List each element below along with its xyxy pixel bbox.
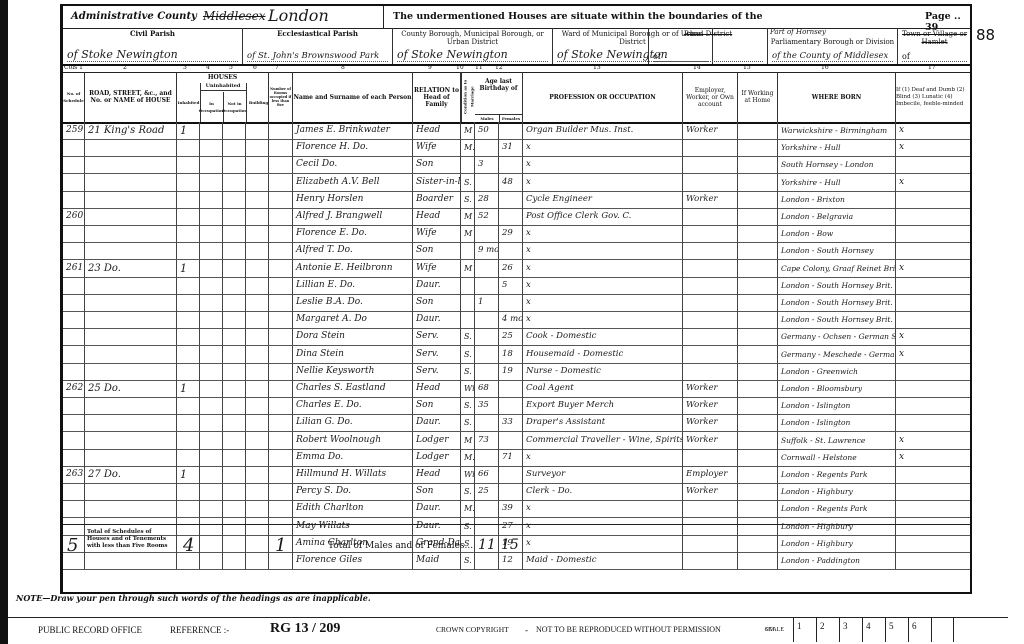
cell-born: London - Highbury bbox=[778, 483, 896, 500]
empty-cell bbox=[738, 277, 778, 294]
cell-road bbox=[85, 156, 177, 173]
table-row: Lillian E. Do.Daur.5xLondon - South Horn… bbox=[63, 277, 970, 295]
cell-born: Warwickshire - Birmingham bbox=[778, 122, 896, 139]
town-value: of bbox=[902, 52, 967, 62]
empty-cell bbox=[738, 397, 778, 414]
cell-name: Florence E. Do. bbox=[293, 225, 413, 242]
cell-road bbox=[85, 432, 177, 449]
cell-born: South Hornsey - London bbox=[778, 156, 896, 173]
cell-occupation: Nurse - Domestic bbox=[523, 363, 683, 380]
table-row: 26327 Do.1Hillmund H. WillatsHeadWido.66… bbox=[63, 466, 970, 484]
boundaries-text: The undermentioned Houses are situate wi… bbox=[393, 11, 763, 22]
cell-male-age bbox=[475, 500, 499, 517]
cell-inhabited bbox=[177, 191, 200, 208]
col-not-in-occupation: Not in Occupation bbox=[223, 92, 247, 122]
col-employer: Employer, Worker, or Own account bbox=[683, 72, 738, 122]
cell-schedule: 263 bbox=[63, 466, 85, 483]
cell-infirmity: x bbox=[896, 122, 971, 139]
cell-occupation: x bbox=[523, 294, 683, 311]
males-total: 11 bbox=[478, 537, 496, 553]
header-top-row: Administrative County Middlesex London T… bbox=[63, 6, 970, 29]
empty-cell bbox=[200, 432, 223, 449]
empty-cell bbox=[738, 260, 778, 277]
empty-cell bbox=[200, 466, 223, 483]
cell-occupation: x bbox=[523, 277, 683, 294]
empty-cell bbox=[223, 380, 246, 397]
cell-infirmity: x bbox=[896, 449, 971, 466]
females-total: 15 bbox=[501, 537, 519, 553]
cell-female-age bbox=[499, 156, 523, 173]
col-in-occupation: In Occupation bbox=[200, 92, 224, 122]
cell-road bbox=[85, 242, 177, 259]
cell-male-age: 35 bbox=[475, 397, 499, 414]
cell-schedule bbox=[63, 397, 85, 414]
totals-row: 5 Total of Schedules of Houses and of Te… bbox=[63, 524, 970, 575]
cell-born: London - Regents Park bbox=[778, 500, 896, 517]
cell-employer: Worker bbox=[683, 122, 738, 139]
table-row: 26123 Do.1Antonie E. HeilbronnWifeM26xCa… bbox=[63, 260, 970, 278]
cell-road: 21 King's Road bbox=[85, 122, 177, 139]
cell-condition: Wido. bbox=[461, 380, 475, 397]
cell-born: London - Islington bbox=[778, 414, 896, 431]
cell-name: Dina Stein bbox=[293, 346, 413, 363]
empty-cell bbox=[246, 208, 269, 225]
cm-scale: 1 2 3 4 5 6 bbox=[793, 618, 954, 642]
cell-male-age bbox=[475, 311, 499, 328]
cell-condition: M bbox=[461, 260, 475, 277]
rural-district-cell: Rural District of bbox=[648, 28, 768, 64]
cell-inhabited bbox=[177, 242, 200, 259]
cell-infirmity bbox=[896, 191, 971, 208]
cell-inhabited bbox=[177, 174, 200, 191]
cell-employer bbox=[683, 294, 738, 311]
cell-inhabited bbox=[177, 363, 200, 380]
empty-cell bbox=[738, 122, 778, 139]
cell-occupation: Export Buyer Merch bbox=[523, 397, 683, 414]
cell-schedule bbox=[63, 346, 85, 363]
col-condition: Condition as to Marriage bbox=[461, 72, 475, 122]
empty-cell bbox=[246, 346, 269, 363]
empty-cell bbox=[246, 156, 269, 173]
empty-cell bbox=[738, 156, 778, 173]
col-where-born: WHERE BORN bbox=[778, 72, 896, 122]
parliamentary-cell: Part of Hornsey Parliamentary Borough or… bbox=[768, 28, 898, 64]
archive-footer: PUBLIC RECORD OFFICE REFERENCE :- RG 13 … bbox=[8, 617, 1008, 642]
empty-cell bbox=[246, 380, 269, 397]
cell-relation: Daur. bbox=[413, 311, 461, 328]
cell-road bbox=[85, 483, 177, 500]
empty-cell bbox=[200, 260, 223, 277]
cell-female-age bbox=[499, 397, 523, 414]
cell-road bbox=[85, 414, 177, 431]
cell-infirmity bbox=[896, 225, 971, 242]
cell-inhabited: 1 bbox=[177, 466, 200, 483]
empty-cell bbox=[223, 294, 246, 311]
cell-employer bbox=[683, 346, 738, 363]
cell-male-age bbox=[475, 139, 499, 156]
empty-cell bbox=[200, 311, 223, 328]
parliamentary-note: Part of Hornsey bbox=[770, 28, 826, 36]
schedules-total-label: Total of Schedules of Houses and of Tene… bbox=[87, 529, 175, 550]
cell-female-age: 26 bbox=[499, 260, 523, 277]
empty-cell bbox=[738, 225, 778, 242]
table-row: Leslie B.A. Do.Son1xLondon - South Horns… bbox=[63, 294, 970, 312]
cell-condition bbox=[461, 277, 475, 294]
cell-name: Charles S. Eastland bbox=[293, 380, 413, 397]
cell-male-age: 9 mo bbox=[475, 242, 499, 259]
cell-employer: Employer bbox=[683, 466, 738, 483]
cell-relation: Lodger bbox=[413, 432, 461, 449]
cell-born: Yorkshire - Hull bbox=[778, 174, 896, 191]
admin-county-box: Administrative County Middlesex London bbox=[63, 6, 384, 28]
cell-born: London - South Hornsey Brit. Sub. bbox=[778, 311, 896, 328]
col-schedule: No. of Schedule bbox=[63, 72, 85, 122]
empty-cell bbox=[246, 483, 269, 500]
cell-born: London - Greenwich bbox=[778, 363, 896, 380]
cell-male-age: 1 bbox=[475, 294, 499, 311]
cell-born: London - Bloomsbury bbox=[778, 380, 896, 397]
cell-employer: Worker bbox=[683, 397, 738, 414]
cell-relation: Head bbox=[413, 208, 461, 225]
empty-cell bbox=[200, 363, 223, 380]
cell-male-age: 66 bbox=[475, 466, 499, 483]
empty-cell bbox=[246, 294, 269, 311]
empty-cell bbox=[738, 449, 778, 466]
empty-cell bbox=[200, 242, 223, 259]
cell-schedule bbox=[63, 156, 85, 173]
cell-born: Yorkshire - Hull bbox=[778, 139, 896, 156]
cell-schedule bbox=[63, 311, 85, 328]
table-row: Robert WoolnoughLodgerM73Commercial Trav… bbox=[63, 432, 970, 450]
cell-inhabited: 1 bbox=[177, 380, 200, 397]
cell-employer bbox=[683, 311, 738, 328]
cell-schedule bbox=[63, 242, 85, 259]
cell-male-age bbox=[475, 414, 499, 431]
footer-reference-value: RG 13 / 209 bbox=[270, 621, 340, 637]
cell-schedule bbox=[63, 225, 85, 242]
cell-road: 27 Do. bbox=[85, 466, 177, 483]
cell-female-age: 18 bbox=[499, 346, 523, 363]
col-rooms: Number of Rooms occupied if less than fi… bbox=[269, 72, 293, 122]
empty-cell bbox=[200, 139, 223, 156]
empty-cell bbox=[223, 432, 246, 449]
admin-county-label: Administrative County bbox=[71, 11, 197, 22]
empty-cell bbox=[200, 277, 223, 294]
cell-employer bbox=[683, 363, 738, 380]
empty-cell bbox=[223, 414, 246, 431]
cell-infirmity bbox=[896, 294, 971, 311]
cell-born: Suffolk - St. Lawrence bbox=[778, 432, 896, 449]
empty-cell bbox=[223, 208, 246, 225]
cell-relation: Wife bbox=[413, 225, 461, 242]
cell-occupation: x bbox=[523, 260, 683, 277]
col-occupation: PROFESSION OR OCCUPATION bbox=[523, 72, 683, 122]
cell-born: London - Islington bbox=[778, 397, 896, 414]
col-infirmity: If (1) Deaf and Dumb (2) Blind (3) Lunat… bbox=[896, 72, 971, 122]
empty-cell bbox=[223, 242, 246, 259]
cell-name: Nellie Keysworth bbox=[293, 363, 413, 380]
cell-name: Charles E. Do. bbox=[293, 397, 413, 414]
cell-inhabited: 1 bbox=[177, 122, 200, 139]
cell-schedule: 261 bbox=[63, 260, 85, 277]
cell-condition: S. bbox=[461, 363, 475, 380]
empty-cell bbox=[269, 225, 293, 242]
empty-cell bbox=[200, 156, 223, 173]
cell-schedule: 260 bbox=[63, 208, 85, 225]
empty-cell bbox=[223, 483, 246, 500]
cell-relation: Head bbox=[413, 466, 461, 483]
cell-condition: M bbox=[461, 122, 475, 139]
col-houses-group: HOUSES Inhabited Uninhabited In Occupati… bbox=[177, 72, 269, 122]
cell-occupation: x bbox=[523, 174, 683, 191]
cell-employer bbox=[683, 208, 738, 225]
cell-name: Lilian G. Do. bbox=[293, 414, 413, 431]
cell-name: Emma Do. bbox=[293, 449, 413, 466]
cell-occupation: x bbox=[523, 242, 683, 259]
cell-infirmity bbox=[896, 397, 971, 414]
rural-district-value: of bbox=[653, 52, 763, 62]
cell-male-age: 73 bbox=[475, 432, 499, 449]
cell-relation: Son bbox=[413, 483, 461, 500]
empty-cell bbox=[738, 311, 778, 328]
empty-cell bbox=[269, 242, 293, 259]
empty-cell bbox=[223, 260, 246, 277]
empty-cell bbox=[223, 500, 246, 517]
cell-female-age: 5 bbox=[499, 277, 523, 294]
empty-cell bbox=[246, 225, 269, 242]
cell-road bbox=[85, 346, 177, 363]
cell-condition: S. bbox=[461, 174, 475, 191]
col-building: Building bbox=[246, 83, 270, 122]
cell-infirmity: x bbox=[896, 260, 971, 277]
footer-office: PUBLIC RECORD OFFICE bbox=[38, 625, 142, 635]
cell-employer: Worker bbox=[683, 380, 738, 397]
table-row: Elizabeth A.V. BellSister-in-lawS.48xYor… bbox=[63, 174, 970, 192]
table-row: 26225 Do.1Charles S. EastlandHeadWido.68… bbox=[63, 380, 970, 398]
col-name: Name and Surname of each Person bbox=[293, 72, 413, 122]
cell-schedule bbox=[63, 174, 85, 191]
cell-road: 25 Do. bbox=[85, 380, 177, 397]
empty-cell bbox=[200, 380, 223, 397]
header-location-row: Civil Parish of Stoke Newington Ecclesia… bbox=[63, 28, 970, 66]
cell-occupation: Cook - Domestic bbox=[523, 328, 683, 345]
sheet-number: 88 bbox=[976, 26, 995, 44]
cell-occupation: x bbox=[523, 311, 683, 328]
cell-employer bbox=[683, 449, 738, 466]
empty-cell bbox=[738, 466, 778, 483]
cell-relation: Head bbox=[413, 380, 461, 397]
cell-infirmity bbox=[896, 380, 971, 397]
cell-infirmity bbox=[896, 414, 971, 431]
cell-name: Antonie E. Heilbronn bbox=[293, 260, 413, 277]
cell-occupation: x bbox=[523, 139, 683, 156]
empty-cell bbox=[738, 363, 778, 380]
empty-cell bbox=[269, 260, 293, 277]
cell-occupation: Coal Agent bbox=[523, 380, 683, 397]
cell-inhabited bbox=[177, 432, 200, 449]
cell-female-age bbox=[499, 466, 523, 483]
cell-name: James E. Brinkwater bbox=[293, 122, 413, 139]
cell-schedule bbox=[63, 432, 85, 449]
cell-occupation: Clerk - Do. bbox=[523, 483, 683, 500]
cell-condition: M bbox=[461, 432, 475, 449]
empty-cell bbox=[269, 156, 293, 173]
cell-condition: S. bbox=[461, 414, 475, 431]
cell-road bbox=[85, 139, 177, 156]
cell-female-age bbox=[499, 242, 523, 259]
cell-female-age bbox=[499, 294, 523, 311]
cell-inhabited bbox=[177, 397, 200, 414]
cell-employer: Worker bbox=[683, 414, 738, 431]
cell-born: Germany - Meschede - German Subject bbox=[778, 346, 896, 363]
cell-female-age: 31 bbox=[499, 139, 523, 156]
cell-employer bbox=[683, 277, 738, 294]
cell-infirmity bbox=[896, 363, 971, 380]
cell-female-age bbox=[499, 432, 523, 449]
empty-cell bbox=[738, 500, 778, 517]
inhabited-total: 4 bbox=[183, 535, 194, 556]
empty-cell bbox=[269, 139, 293, 156]
cell-infirmity: x bbox=[896, 139, 971, 156]
cell-female-age: 19 bbox=[499, 363, 523, 380]
empty-cell bbox=[223, 122, 246, 139]
cell-occupation: Cycle Engineer bbox=[523, 191, 683, 208]
footnote: NOTE—Draw your pen through such words of… bbox=[16, 593, 371, 603]
table-row: Cecil Do.Son3xSouth Hornsey - London bbox=[63, 156, 970, 174]
parliamentary-value: of the County of Middlesex bbox=[772, 51, 893, 62]
cell-road bbox=[85, 208, 177, 225]
cell-occupation: x bbox=[523, 156, 683, 173]
cell-occupation: x bbox=[523, 225, 683, 242]
census-sheet: Administrative County Middlesex London T… bbox=[60, 4, 972, 594]
footer-copyright: CROWN COPYRIGHT bbox=[436, 625, 509, 634]
cell-male-age bbox=[475, 277, 499, 294]
cell-female-age bbox=[499, 122, 523, 139]
cell-female-age: 39 bbox=[499, 500, 523, 517]
empty-cell bbox=[246, 432, 269, 449]
cell-condition: S. bbox=[461, 328, 475, 345]
empty-cell bbox=[223, 191, 246, 208]
empty-cell bbox=[246, 449, 269, 466]
empty-cell bbox=[269, 294, 293, 311]
empty-cell bbox=[246, 277, 269, 294]
cell-road bbox=[85, 449, 177, 466]
empty-cell bbox=[200, 346, 223, 363]
empty-cell bbox=[200, 225, 223, 242]
empty-cell bbox=[223, 397, 246, 414]
cell-male-age bbox=[475, 174, 499, 191]
cell-inhabited bbox=[177, 208, 200, 225]
empty-cell bbox=[200, 174, 223, 191]
cell-infirmity: x bbox=[896, 346, 971, 363]
empty-cell bbox=[246, 242, 269, 259]
eccl-parish-value: of St. John's Brownswood Park bbox=[247, 51, 388, 62]
cell-occupation: Draper's Assistant bbox=[523, 414, 683, 431]
cell-infirmity bbox=[896, 311, 971, 328]
table-row: Florence E. Do.WifeM29xLondon - Bow bbox=[63, 225, 970, 243]
eccl-parish-cell: Ecclesiastical Parish of St. John's Brow… bbox=[243, 28, 393, 64]
col-age-group: Age last Birthday of Males Females bbox=[475, 72, 523, 122]
empty-cell bbox=[269, 466, 293, 483]
empty-cell bbox=[246, 174, 269, 191]
cell-schedule bbox=[63, 328, 85, 345]
cell-inhabited bbox=[177, 225, 200, 242]
cell-female-age bbox=[499, 191, 523, 208]
cell-employer bbox=[683, 174, 738, 191]
empty-cell bbox=[223, 449, 246, 466]
cell-occupation: Housemaid - Domestic bbox=[523, 346, 683, 363]
cell-male-age bbox=[475, 346, 499, 363]
cell-relation: Boarder bbox=[413, 191, 461, 208]
cell-name: Alfred T. Do. bbox=[293, 242, 413, 259]
empty-cell bbox=[200, 449, 223, 466]
civil-parish-cell: Civil Parish of Stoke Newington bbox=[63, 28, 243, 64]
cell-road bbox=[85, 225, 177, 242]
cell-male-age bbox=[475, 449, 499, 466]
cell-employer bbox=[683, 242, 738, 259]
footer-permission: NOT TO BE REPRODUCED WITHOUT PERMISSION bbox=[536, 625, 721, 634]
cell-relation: Daur. bbox=[413, 500, 461, 517]
empty-cell bbox=[269, 500, 293, 517]
empty-cell bbox=[269, 208, 293, 225]
empty-cell bbox=[223, 466, 246, 483]
cell-female-age bbox=[499, 380, 523, 397]
empty-cell bbox=[269, 191, 293, 208]
empty-cell bbox=[200, 328, 223, 345]
cell-schedule bbox=[63, 277, 85, 294]
cell-inhabited bbox=[177, 346, 200, 363]
empty-cell bbox=[269, 122, 293, 139]
cell-road bbox=[85, 191, 177, 208]
empty-cell bbox=[223, 277, 246, 294]
col-working-home: If Working at Home bbox=[738, 72, 778, 122]
cell-inhabited bbox=[177, 277, 200, 294]
empty-cell bbox=[269, 311, 293, 328]
rooms-total: 1 bbox=[275, 535, 286, 556]
admin-county-value: London bbox=[268, 6, 329, 25]
empty-cell bbox=[223, 174, 246, 191]
empty-cell bbox=[246, 311, 269, 328]
cell-relation: Wife bbox=[413, 260, 461, 277]
cell-relation: Son bbox=[413, 156, 461, 173]
empty-cell bbox=[738, 139, 778, 156]
cell-condition: M bbox=[461, 208, 475, 225]
empty-cell bbox=[738, 191, 778, 208]
col-relation: RELATION to Head of Family bbox=[413, 72, 461, 122]
empty-cell bbox=[246, 363, 269, 380]
cell-infirmity bbox=[896, 208, 971, 225]
cell-relation: Head bbox=[413, 122, 461, 139]
cell-road bbox=[85, 500, 177, 517]
empty-cell bbox=[246, 139, 269, 156]
cell-relation: Daur. bbox=[413, 414, 461, 431]
empty-cell bbox=[738, 380, 778, 397]
cell-inhabited bbox=[177, 483, 200, 500]
scan-edge-bar bbox=[0, 0, 8, 644]
cell-relation: Son bbox=[413, 242, 461, 259]
table-row: Emma Do.LodgerM.71xCornwall - Helstonex bbox=[63, 449, 970, 467]
cell-relation: Serv. bbox=[413, 328, 461, 345]
empty-cell bbox=[738, 346, 778, 363]
empty-cell bbox=[738, 208, 778, 225]
cell-employer bbox=[683, 156, 738, 173]
cell-name: Margaret A. Do bbox=[293, 311, 413, 328]
cell-infirmity bbox=[896, 483, 971, 500]
cell-name: Dora Stein bbox=[293, 328, 413, 345]
empty-cell bbox=[246, 500, 269, 517]
cell-female-age: 48 bbox=[499, 174, 523, 191]
cell-schedule bbox=[63, 363, 85, 380]
